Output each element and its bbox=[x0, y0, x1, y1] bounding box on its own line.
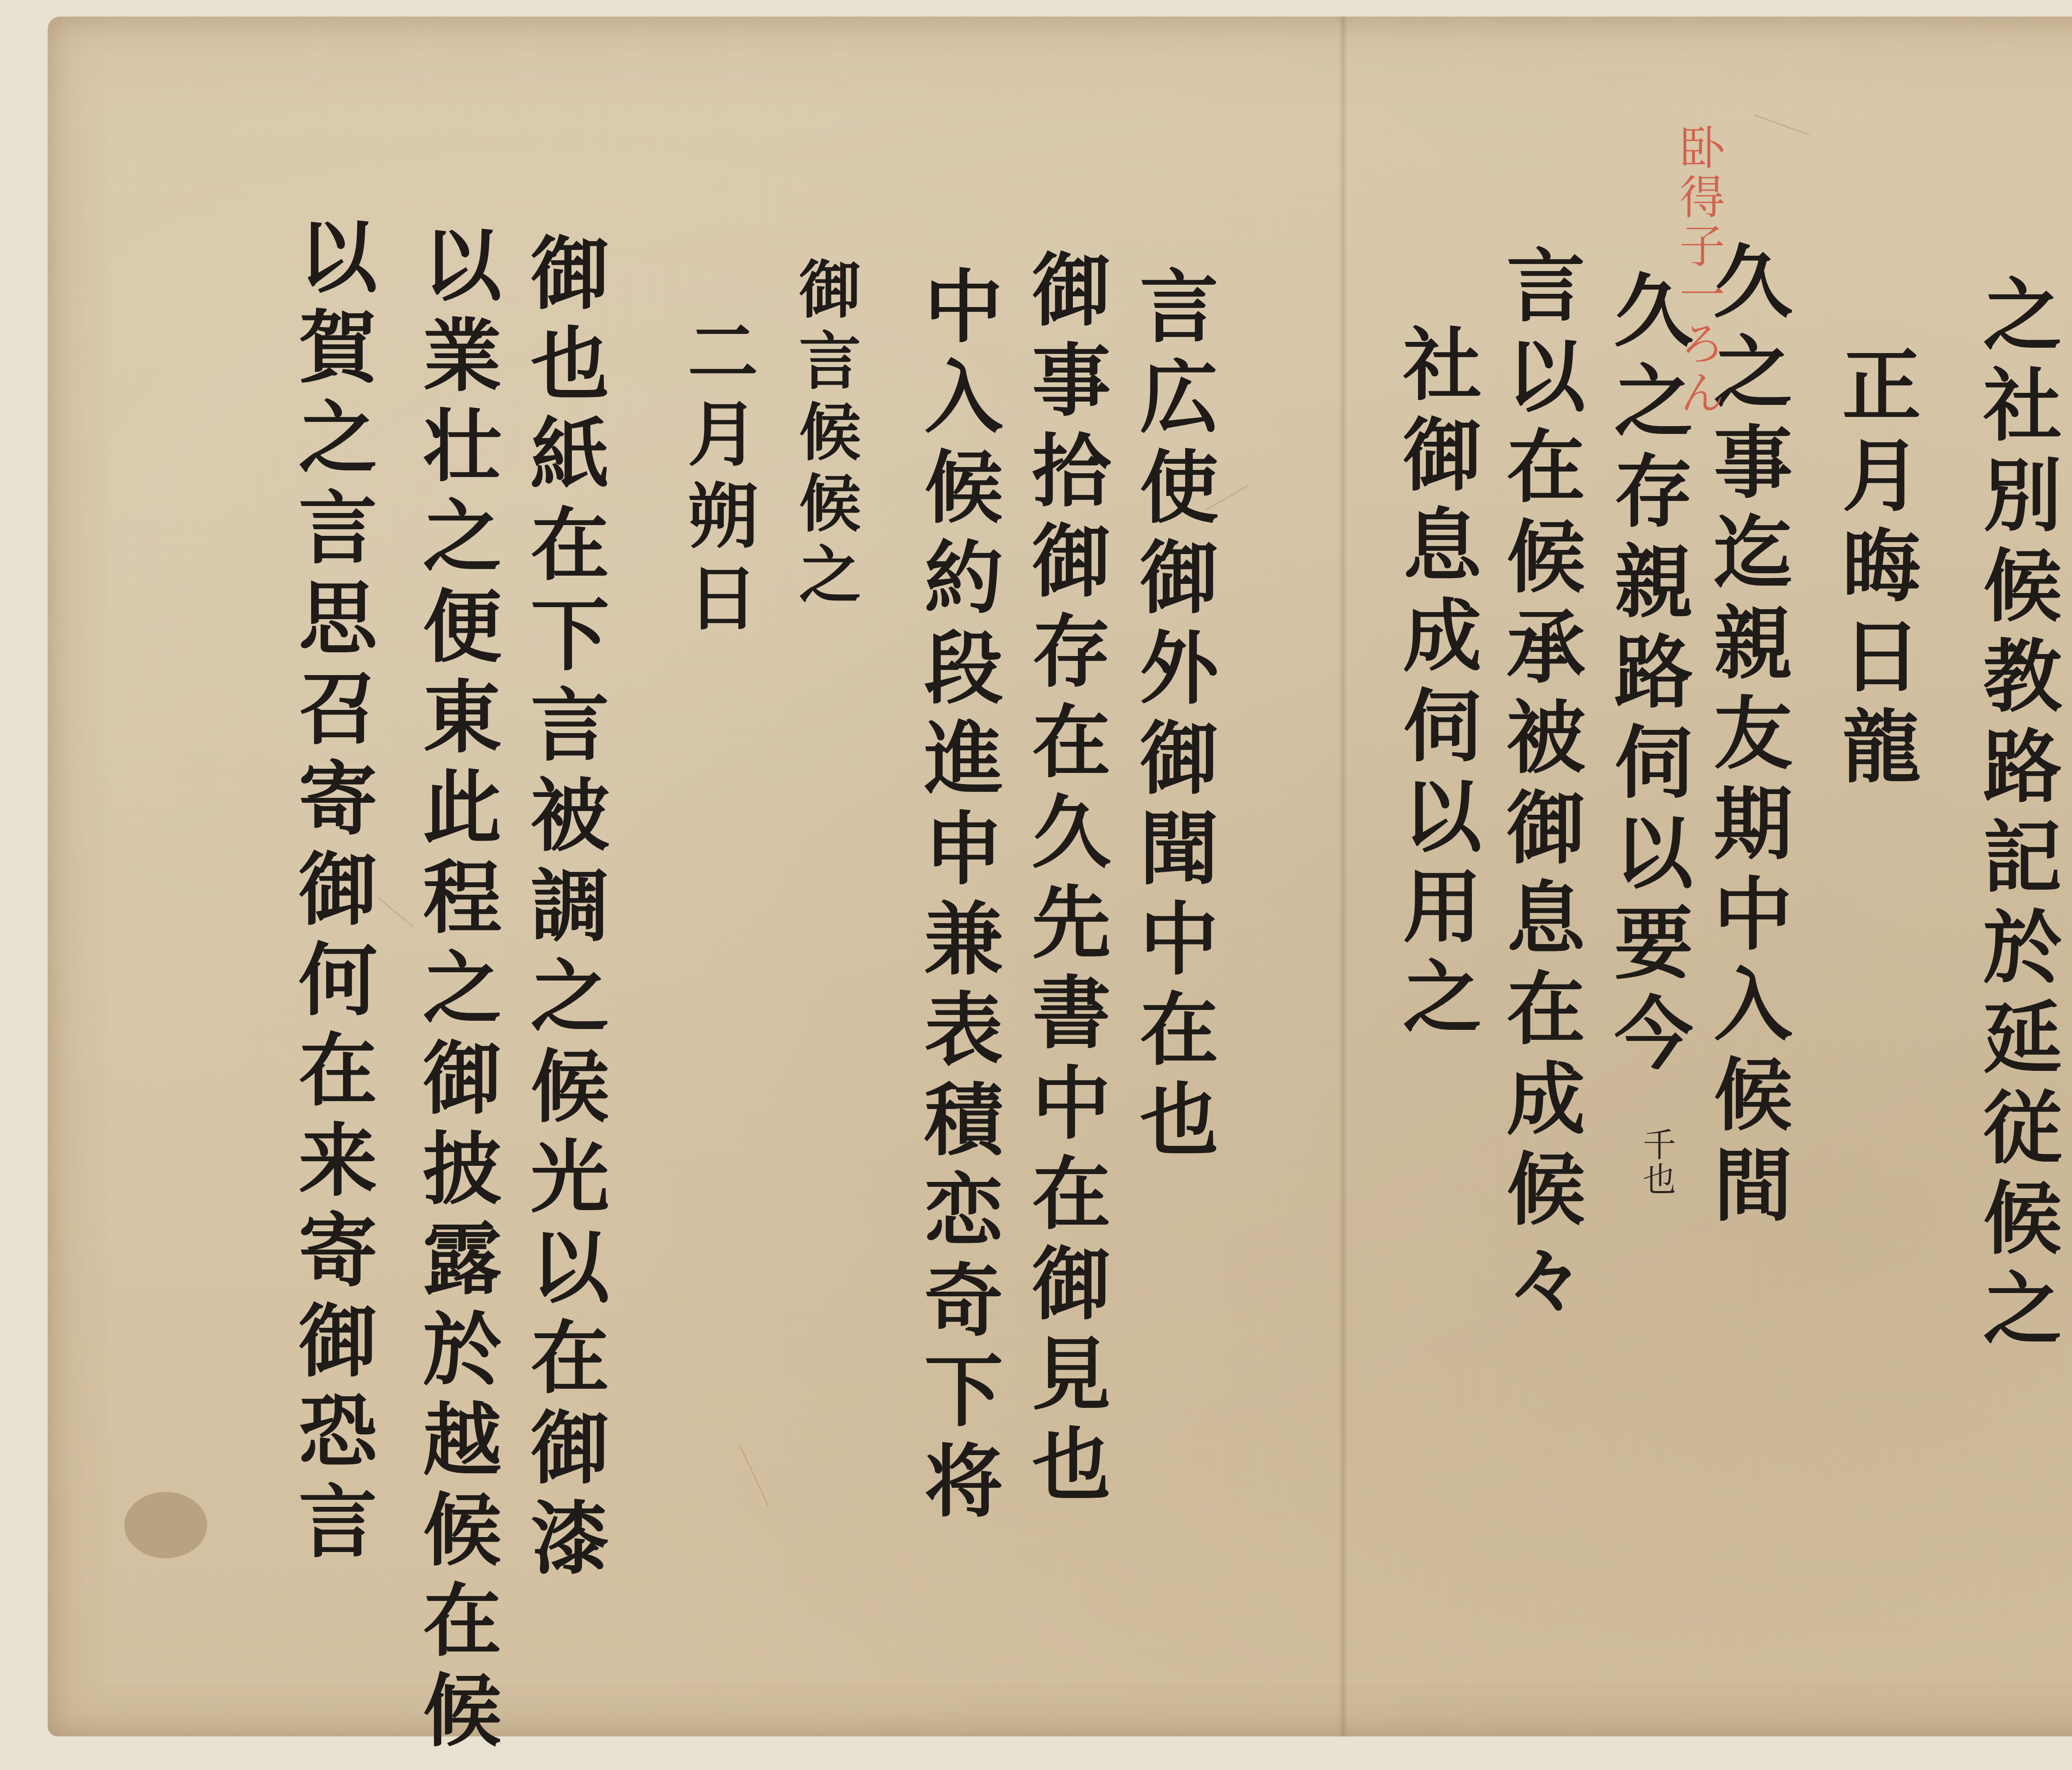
text-column: 以業壮之便東此程之御披露於越候在候 bbox=[416, 224, 495, 1760]
text-column: 以賀之言思召寄御何在来寄御恐言 bbox=[292, 215, 371, 1571]
text-column: 社御息成伺以用之 bbox=[1397, 323, 1475, 1046]
text-column: 御言候候之 bbox=[794, 257, 856, 613]
date-column: 二月朔日 bbox=[682, 315, 752, 643]
right-page: 就御法従仰之御意趣幸入御念候在存中候 御返逝門眼前之御役後御滝在共而不将 御立共… bbox=[1351, 0, 2072, 1770]
text-column: 言広使御外御聞中在也 bbox=[1133, 265, 1212, 1169]
text-column: 御事拾御存在久先書中在御見也 bbox=[1026, 249, 1104, 1513]
red-annotation: 卧得子一ろん bbox=[1666, 124, 1731, 418]
text-column: 言以在候承被御息在成候々 bbox=[1500, 245, 1579, 1329]
text-column: 之社別候教路記於延従候之 bbox=[1977, 274, 2055, 1358]
text-column: 正月晦日龍 bbox=[1836, 344, 1915, 796]
text-column: 御也紙在下言被調之候光以在御漆 bbox=[524, 232, 603, 1587]
left-page: 言広使御外御聞中在也 御事拾御存在久先書中在御見也 中入候約段進申兼表積恋奇下将… bbox=[48, 0, 1339, 1770]
center-fold bbox=[1339, 17, 1348, 1736]
text-column: 中入候約段進申兼表積恋奇下将 bbox=[918, 265, 997, 1530]
interlinear-gloss: 千也 bbox=[1633, 1127, 1680, 1197]
